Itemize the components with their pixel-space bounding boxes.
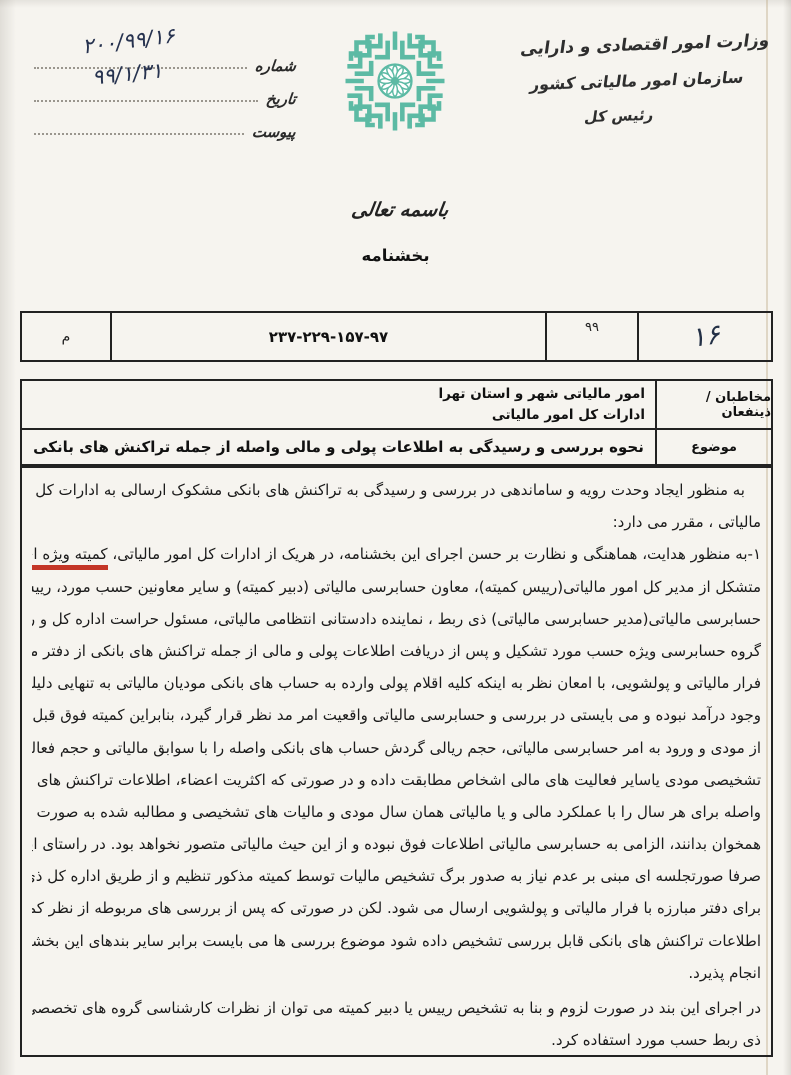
stamp-row-attachment: پیوست [30,108,298,141]
audience-label: مخاطبان /ذینفعان [655,381,771,428]
body-line: از مودی و ورود به امر حسابرسی مالیاتی، ح… [32,732,761,764]
attachment-label: پیوست [251,123,299,141]
audience-line1: امور مالیاتی شهر و استان تهرا [22,384,645,405]
body-line: گروه حسابرسی ویژه حسب مورد تشکیل و پس از… [32,635,761,667]
number-handwritten-value: ۲۰۰/۹۹/۱۶ [81,23,176,58]
body-line: در اجرای این بند در صورت لزوم و بنا به ت… [32,992,761,1024]
audience-line2: ادارات کل امور مالیاتی [22,405,645,426]
ref-serial-handwritten: ۱۶ [688,319,722,354]
stamp-row-number: شماره ۲۰۰/۹۹/۱۶ [30,42,298,75]
number-label: شماره [254,57,299,75]
body-line: انجام پذیرد. [32,957,761,989]
ref-serial-cell: ۱۶ [637,313,771,360]
ref-letter-cell: م [22,313,110,360]
scan-edge-shading-top [0,0,791,8]
audience-content: امور مالیاتی شهر و استان تهرا ادارات کل … [22,381,655,428]
scan-edge-shading-right [783,0,791,1075]
audience-row: مخاطبان /ذینفعان امور مالیاتی شهر و استا… [22,381,771,430]
subject-content: نحوه بررسی و رسیدگی به اطلاعات پولی و ما… [22,430,655,464]
body-line: به منظور ایجاد وحدت رویه و ساماندهی در ب… [32,474,761,506]
body-line: مالیاتی ، مقرر می دارد: [32,506,761,538]
info-table: مخاطبان /ذینفعان امور مالیاتی شهر و استا… [20,379,773,466]
document-type-heading: بخشنامه [338,246,453,265]
scan-edge-shading-left [0,0,16,1075]
reference-stamp-block: شماره ۲۰۰/۹۹/۱۶ تاریخ ۹۹/۱/۳۱ پیوست [30,42,298,141]
body-line: اطلاعات تراکنش های بانکی قابل بررسی تشخی… [32,925,761,957]
dotted-line [34,99,258,102]
body-line: تشخیصی مودی یاسایر فعالیت های مالی اشخاص… [32,764,761,796]
red-underlined-phrase: کمیته ویژه ای [32,545,108,570]
stamp-row-date: تاریخ ۹۹/۱/۳۱ [30,75,298,108]
ref-year-cell: ۹۹ [545,313,637,360]
body-line: ذی ربط حسب مورد استفاده کرد. [32,1024,761,1056]
body-line-with-highlight: ۱-به منظور هدایت، هماهنگی و نظارت بر حسن… [32,538,761,570]
logo-maze-icon [336,26,454,136]
body-line: برای دفتر مبارزه با فرار مالیاتی و پولشو… [32,892,761,924]
body-line-prefix: ۱-به منظور هدایت، هماهنگی و نظارت بر حسن… [108,545,761,563]
body-line: همخوان بدانند، الزامی به حسابرسی مالیاتی… [32,828,761,860]
scanned-circular-page: شماره ۲۰۰/۹۹/۱۶ تاریخ ۹۹/۱/۳۱ پیوست [0,0,791,1075]
letterhead-block: وزارت امور اقتصادی و دارایی سازمان امور … [507,28,783,133]
body-line: واصله برای هر سال را با عملکرد مالی و یا… [32,796,761,828]
ref-code-cell: ۲۳۷-۲۲۹-۱۵۷-۹۷ [110,313,545,360]
reference-number-table: ۱۶ ۹۹ ۲۳۷-۲۲۹-۱۵۷-۹۷ م [20,311,773,362]
body-line: حسابرسی مالیاتی(مدیر حسابرسی مالیاتی) ذی… [32,603,761,635]
dotted-line [34,132,244,135]
date-label: تاریخ [265,90,299,108]
body-line: صرفا صورتجلسه ای مبنی بر عدم نیاز به صدو… [32,860,761,892]
subject-row: موضوع نحوه بررسی و رسیدگی به اطلاعات پول… [22,430,771,464]
body-line: وجود درآمد نبوده و می بایستی در بررسی و … [32,699,761,731]
subject-label: موضوع [655,430,771,464]
body-line: متشکل از مدیر کل امور مالیاتی(رییس کمیته… [32,571,761,603]
body-line: فرار مالیاتی و پولشویی، با امعان نظر به … [32,667,761,699]
besmellah-heading: باسمه تعالی [323,199,476,221]
circular-body-box: به منظور ایجاد وحدت رویه و ساماندهی در ب… [20,466,773,1057]
ref-year-value: ۹۹ [585,320,599,335]
tax-administration-logo-icon [336,26,454,136]
